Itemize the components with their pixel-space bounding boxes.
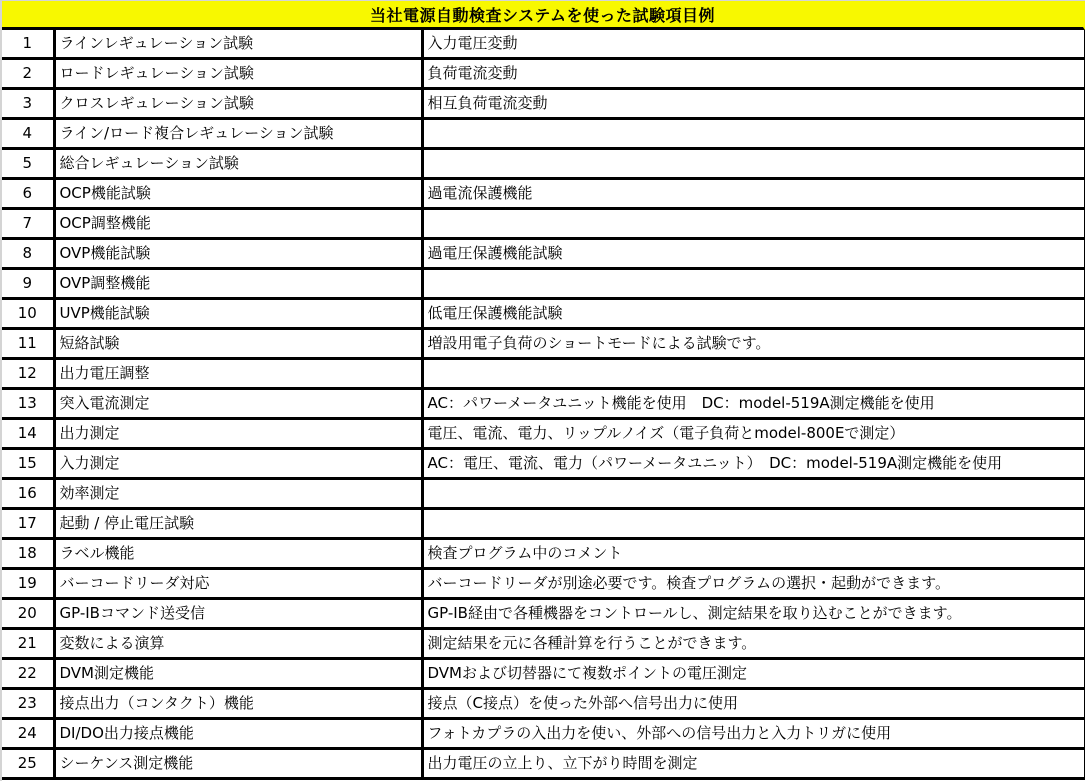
test-item-cell[interactable]: OCP調整機能	[54, 209, 422, 239]
test-item-cell[interactable]: OVP機能試験	[54, 239, 422, 269]
table-row: 3クロスレギュレーション試験相互負荷電流変動	[2, 89, 1085, 119]
description-cell[interactable]: GP-IB経由で各種機器をコントロールし、測定結果を取り込むことができます。	[422, 599, 1085, 629]
table-row: 10UVP機能試験低電圧保護機能試験	[2, 299, 1085, 329]
test-item-cell[interactable]: ロードレギュレーション試験	[54, 59, 422, 89]
test-item-cell[interactable]: ラインレギュレーション試験	[54, 30, 422, 59]
table-row: 7OCP調整機能	[2, 209, 1085, 239]
description-cell[interactable]: 出力電圧の立上り、立下がり時間を測定	[422, 749, 1085, 779]
table-row: 6OCP機能試験過電流保護機能	[2, 179, 1085, 209]
test-item-cell[interactable]: OCP機能試験	[54, 179, 422, 209]
row-number-cell[interactable]: 5	[2, 149, 54, 179]
test-item-cell[interactable]: ライン/ロード複合レギュレーション試験	[54, 119, 422, 149]
table-row: 11短絡試験増設用電子負荷のショートモードによる試験です。	[2, 329, 1085, 359]
row-number-cell[interactable]: 18	[2, 539, 54, 569]
description-cell[interactable]: 過電圧保護機能試験	[422, 239, 1085, 269]
description-cell[interactable]: AC：電圧、電流、電力（パワーメータユニット） DC：model-519A測定機…	[422, 449, 1085, 479]
table-row: 24DI/DO出力接点機能フォトカプラの入出力を使い、外部への信号出力と入力トリ…	[2, 719, 1085, 749]
table-row: 5総合レギュレーション試験	[2, 149, 1085, 179]
row-number-cell[interactable]: 22	[2, 659, 54, 689]
test-item-cell[interactable]: 変数による演算	[54, 629, 422, 659]
row-number-cell[interactable]: 8	[2, 239, 54, 269]
description-cell[interactable]	[422, 209, 1085, 239]
test-item-cell[interactable]: バーコードリーダ対応	[54, 569, 422, 599]
row-number-cell[interactable]: 21	[2, 629, 54, 659]
test-item-cell[interactable]: 入力測定	[54, 449, 422, 479]
description-cell[interactable]: 接点（C接点）を使った外部へ信号出力に使用	[422, 689, 1085, 719]
row-number-cell[interactable]: 9	[2, 269, 54, 299]
test-item-cell[interactable]: UVP機能試験	[54, 299, 422, 329]
table-row: 14出力測定電圧、電流、電力、リップルノイズ（電子負荷とmodel-800Eで測…	[2, 419, 1085, 449]
test-item-cell[interactable]: 出力測定	[54, 419, 422, 449]
row-number-cell[interactable]: 15	[2, 449, 54, 479]
description-cell[interactable]: DVMおよび切替器にて複数ポイントの電圧測定	[422, 659, 1085, 689]
test-item-cell[interactable]: 突入電流測定	[54, 389, 422, 419]
table-row: 15入力測定AC：電圧、電流、電力（パワーメータユニット） DC：model-5…	[2, 449, 1085, 479]
row-number-cell[interactable]: 20	[2, 599, 54, 629]
row-number-cell[interactable]: 23	[2, 689, 54, 719]
description-cell[interactable]: バーコードリーダが別途必要です。検査プログラムの選択・起動ができます。	[422, 569, 1085, 599]
table-row: 8OVP機能試験過電圧保護機能試験	[2, 239, 1085, 269]
row-number-cell[interactable]: 10	[2, 299, 54, 329]
row-number-cell[interactable]: 19	[2, 569, 54, 599]
description-cell[interactable]: AC：パワーメータユニット機能を使用 DC：model-519A測定機能を使用	[422, 389, 1085, 419]
test-item-cell[interactable]: シーケンス測定機能	[54, 749, 422, 779]
table-row: 4ライン/ロード複合レギュレーション試験	[2, 119, 1085, 149]
row-number-cell[interactable]: 11	[2, 329, 54, 359]
description-cell[interactable]	[422, 119, 1085, 149]
description-cell[interactable]: 相互負荷電流変動	[422, 89, 1085, 119]
test-item-cell[interactable]: ラベル機能	[54, 539, 422, 569]
test-item-cell[interactable]: 効率測定	[54, 479, 422, 509]
table-row: 22DVM測定機能DVMおよび切替器にて複数ポイントの電圧測定	[2, 659, 1085, 689]
description-cell[interactable]	[422, 269, 1085, 299]
description-cell[interactable]	[422, 509, 1085, 539]
row-number-cell[interactable]: 17	[2, 509, 54, 539]
spreadsheet: 当社電源自動検査システムを使った試験項目例 1ラインレギュレーション試験入力電圧…	[0, 0, 1085, 781]
test-item-cell[interactable]: DVM測定機能	[54, 659, 422, 689]
row-number-cell[interactable]: 24	[2, 719, 54, 749]
test-item-cell[interactable]: OVP調整機能	[54, 269, 422, 299]
description-cell[interactable]	[422, 149, 1085, 179]
description-cell[interactable]	[422, 479, 1085, 509]
table-row: 13突入電流測定AC：パワーメータユニット機能を使用 DC：model-519A…	[2, 389, 1085, 419]
row-number-cell[interactable]: 7	[2, 209, 54, 239]
table-row: 1ラインレギュレーション試験入力電圧変動	[2, 30, 1085, 59]
test-item-cell[interactable]: 総合レギュレーション試験	[54, 149, 422, 179]
table-row: 18ラベル機能検査プログラム中のコメント	[2, 539, 1085, 569]
description-cell[interactable]: 増設用電子負荷のショートモードによる試験です。	[422, 329, 1085, 359]
table-row: 20GP-IBコマンド送受信GP-IB経由で各種機器をコントロールし、測定結果を…	[2, 599, 1085, 629]
description-cell[interactable]: 検査プログラム中のコメント	[422, 539, 1085, 569]
description-cell[interactable]: 入力電圧変動	[422, 30, 1085, 59]
row-number-cell[interactable]: 16	[2, 479, 54, 509]
table-row: 23接点出力（コンタクト）機能接点（C接点）を使った外部へ信号出力に使用	[2, 689, 1085, 719]
row-number-cell[interactable]: 1	[2, 30, 54, 59]
row-number-cell[interactable]: 6	[2, 179, 54, 209]
table-row: 19バーコードリーダ対応バーコードリーダが別途必要です。検査プログラムの選択・起…	[2, 569, 1085, 599]
table-row: 16効率測定	[2, 479, 1085, 509]
description-cell[interactable]: 低電圧保護機能試験	[422, 299, 1085, 329]
table-title[interactable]: 当社電源自動検査システムを使った試験項目例	[2, 1, 1085, 30]
description-cell[interactable]: 負荷電流変動	[422, 59, 1085, 89]
table-row: 17起動 / 停止電圧試験	[2, 509, 1085, 539]
description-cell[interactable]: 電圧、電流、電力、リップルノイズ（電子負荷とmodel-800Eで測定）	[422, 419, 1085, 449]
test-item-cell[interactable]: DI/DO出力接点機能	[54, 719, 422, 749]
row-number-cell[interactable]: 12	[2, 359, 54, 389]
test-item-cell[interactable]: GP-IBコマンド送受信	[54, 599, 422, 629]
table-row: 12出力電圧調整	[2, 359, 1085, 389]
row-number-cell[interactable]: 25	[2, 749, 54, 779]
description-cell[interactable]: 過電流保護機能	[422, 179, 1085, 209]
table-row: 2ロードレギュレーション試験負荷電流変動	[2, 59, 1085, 89]
test-item-cell[interactable]: 短絡試験	[54, 329, 422, 359]
row-number-cell[interactable]: 4	[2, 119, 54, 149]
table-row: 21変数による演算測定結果を元に各種計算を行うことができます。	[2, 629, 1085, 659]
table-row: 9OVP調整機能	[2, 269, 1085, 299]
description-cell[interactable]: 測定結果を元に各種計算を行うことができます。	[422, 629, 1085, 659]
test-items-table: 1ラインレギュレーション試験入力電圧変動2ロードレギュレーション試験負荷電流変動…	[2, 30, 1085, 780]
row-number-cell[interactable]: 3	[2, 89, 54, 119]
table-row: 25シーケンス測定機能出力電圧の立上り、立下がり時間を測定	[2, 749, 1085, 779]
test-item-cell[interactable]: クロスレギュレーション試験	[54, 89, 422, 119]
description-cell[interactable]: フォトカプラの入出力を使い、外部への信号出力と入力トリガに使用	[422, 719, 1085, 749]
row-number-cell[interactable]: 14	[2, 419, 54, 449]
test-item-cell[interactable]: 出力電圧調整	[54, 359, 422, 389]
row-number-cell[interactable]: 2	[2, 59, 54, 89]
test-item-cell[interactable]: 接点出力（コンタクト）機能	[54, 689, 422, 719]
row-number-cell[interactable]: 13	[2, 389, 54, 419]
description-cell[interactable]	[422, 359, 1085, 389]
test-item-cell[interactable]: 起動 / 停止電圧試験	[54, 509, 422, 539]
